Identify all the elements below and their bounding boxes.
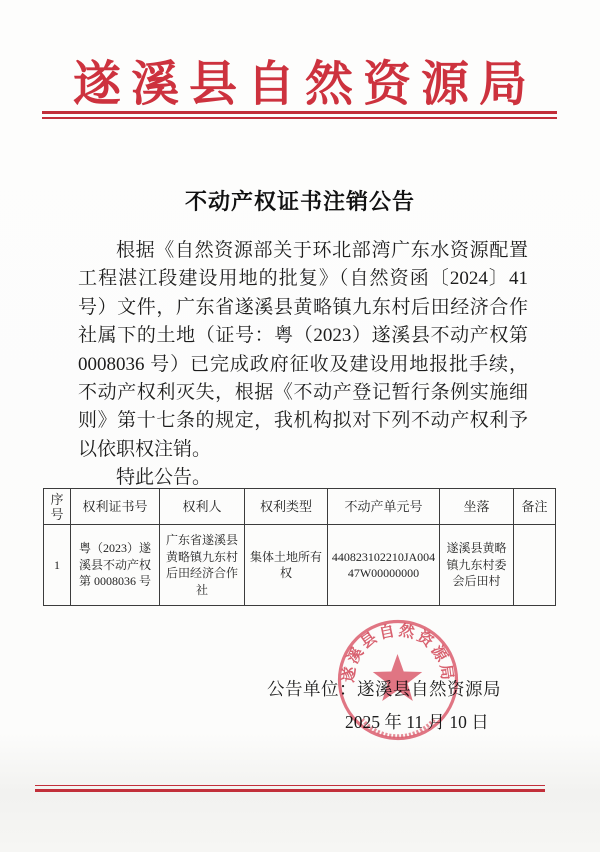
cell-unit-no: 440823102210JA00447W00000000 xyxy=(328,525,440,606)
seal-arc-text: 遂溪县自然资源局 xyxy=(338,620,456,683)
letterhead-rule-thin xyxy=(42,117,557,119)
issuer-name: 遂溪县自然资源局 xyxy=(357,679,501,699)
cell-certificate-no: 粤（2023）遂溪县不动产权第 0008036 号 xyxy=(71,525,160,606)
letterhead-rule-thick xyxy=(42,111,557,114)
cell-index: 1 xyxy=(44,525,71,606)
col-header-holder: 权利人 xyxy=(160,489,245,525)
letterhead-org-name: 遂溪县自然资源局 xyxy=(0,45,600,114)
cancellation-table: 序号 权利证书号 权利人 权利类型 不动产单元号 坐落 备注 1 粤（2023）… xyxy=(43,488,556,606)
col-header-right-type: 权利类型 xyxy=(245,489,328,525)
col-header-index: 序号 xyxy=(44,489,71,525)
cell-right-type: 集体土地所有权 xyxy=(245,525,328,606)
col-header-unit-no: 不动产单元号 xyxy=(328,489,440,525)
footer-rule-thin xyxy=(35,785,545,786)
issue-date: 2025 年 11 月 10 日 xyxy=(345,709,489,734)
notice-body-paragraph: 根据《自然资源部关于环北部湾广东水资源配置工程湛江段建设用地的批复》（自然资函〔… xyxy=(78,237,528,464)
col-header-certificate-no: 权利证书号 xyxy=(71,489,160,525)
notice-title: 不动产权证书注销公告 xyxy=(0,185,600,216)
cell-holder: 广东省遂溪县黄略镇九东村后田经济合作社 xyxy=(160,525,245,606)
cell-location: 遂溪县黄略镇九东村委会后田村 xyxy=(440,525,514,606)
col-header-remark: 备注 xyxy=(514,489,556,525)
cell-remark xyxy=(514,525,556,606)
table-header-row: 序号 权利证书号 权利人 权利类型 不动产单元号 坐落 备注 xyxy=(44,489,556,525)
issuer-line: 公告单位：遂溪县自然资源局 xyxy=(267,676,501,701)
col-header-location: 坐落 xyxy=(440,489,514,525)
table-row: 1 粤（2023）遂溪县不动产权第 0008036 号 广东省遂溪县黄略镇九东村… xyxy=(44,525,556,606)
notice-body: 根据《自然资源部关于环北部湾广东水资源配置工程湛江段建设用地的批复》（自然资函〔… xyxy=(78,237,528,493)
issuer-label: 公告单位： xyxy=(267,679,357,699)
svg-text:遂溪县自然资源局: 遂溪县自然资源局 xyxy=(338,620,456,683)
document-page: 遂溪县自然资源局 不动产权证书注销公告 根据《自然资源部关于环北部湾广东水资源配… xyxy=(0,0,600,852)
footer-rule-thick xyxy=(35,789,545,792)
